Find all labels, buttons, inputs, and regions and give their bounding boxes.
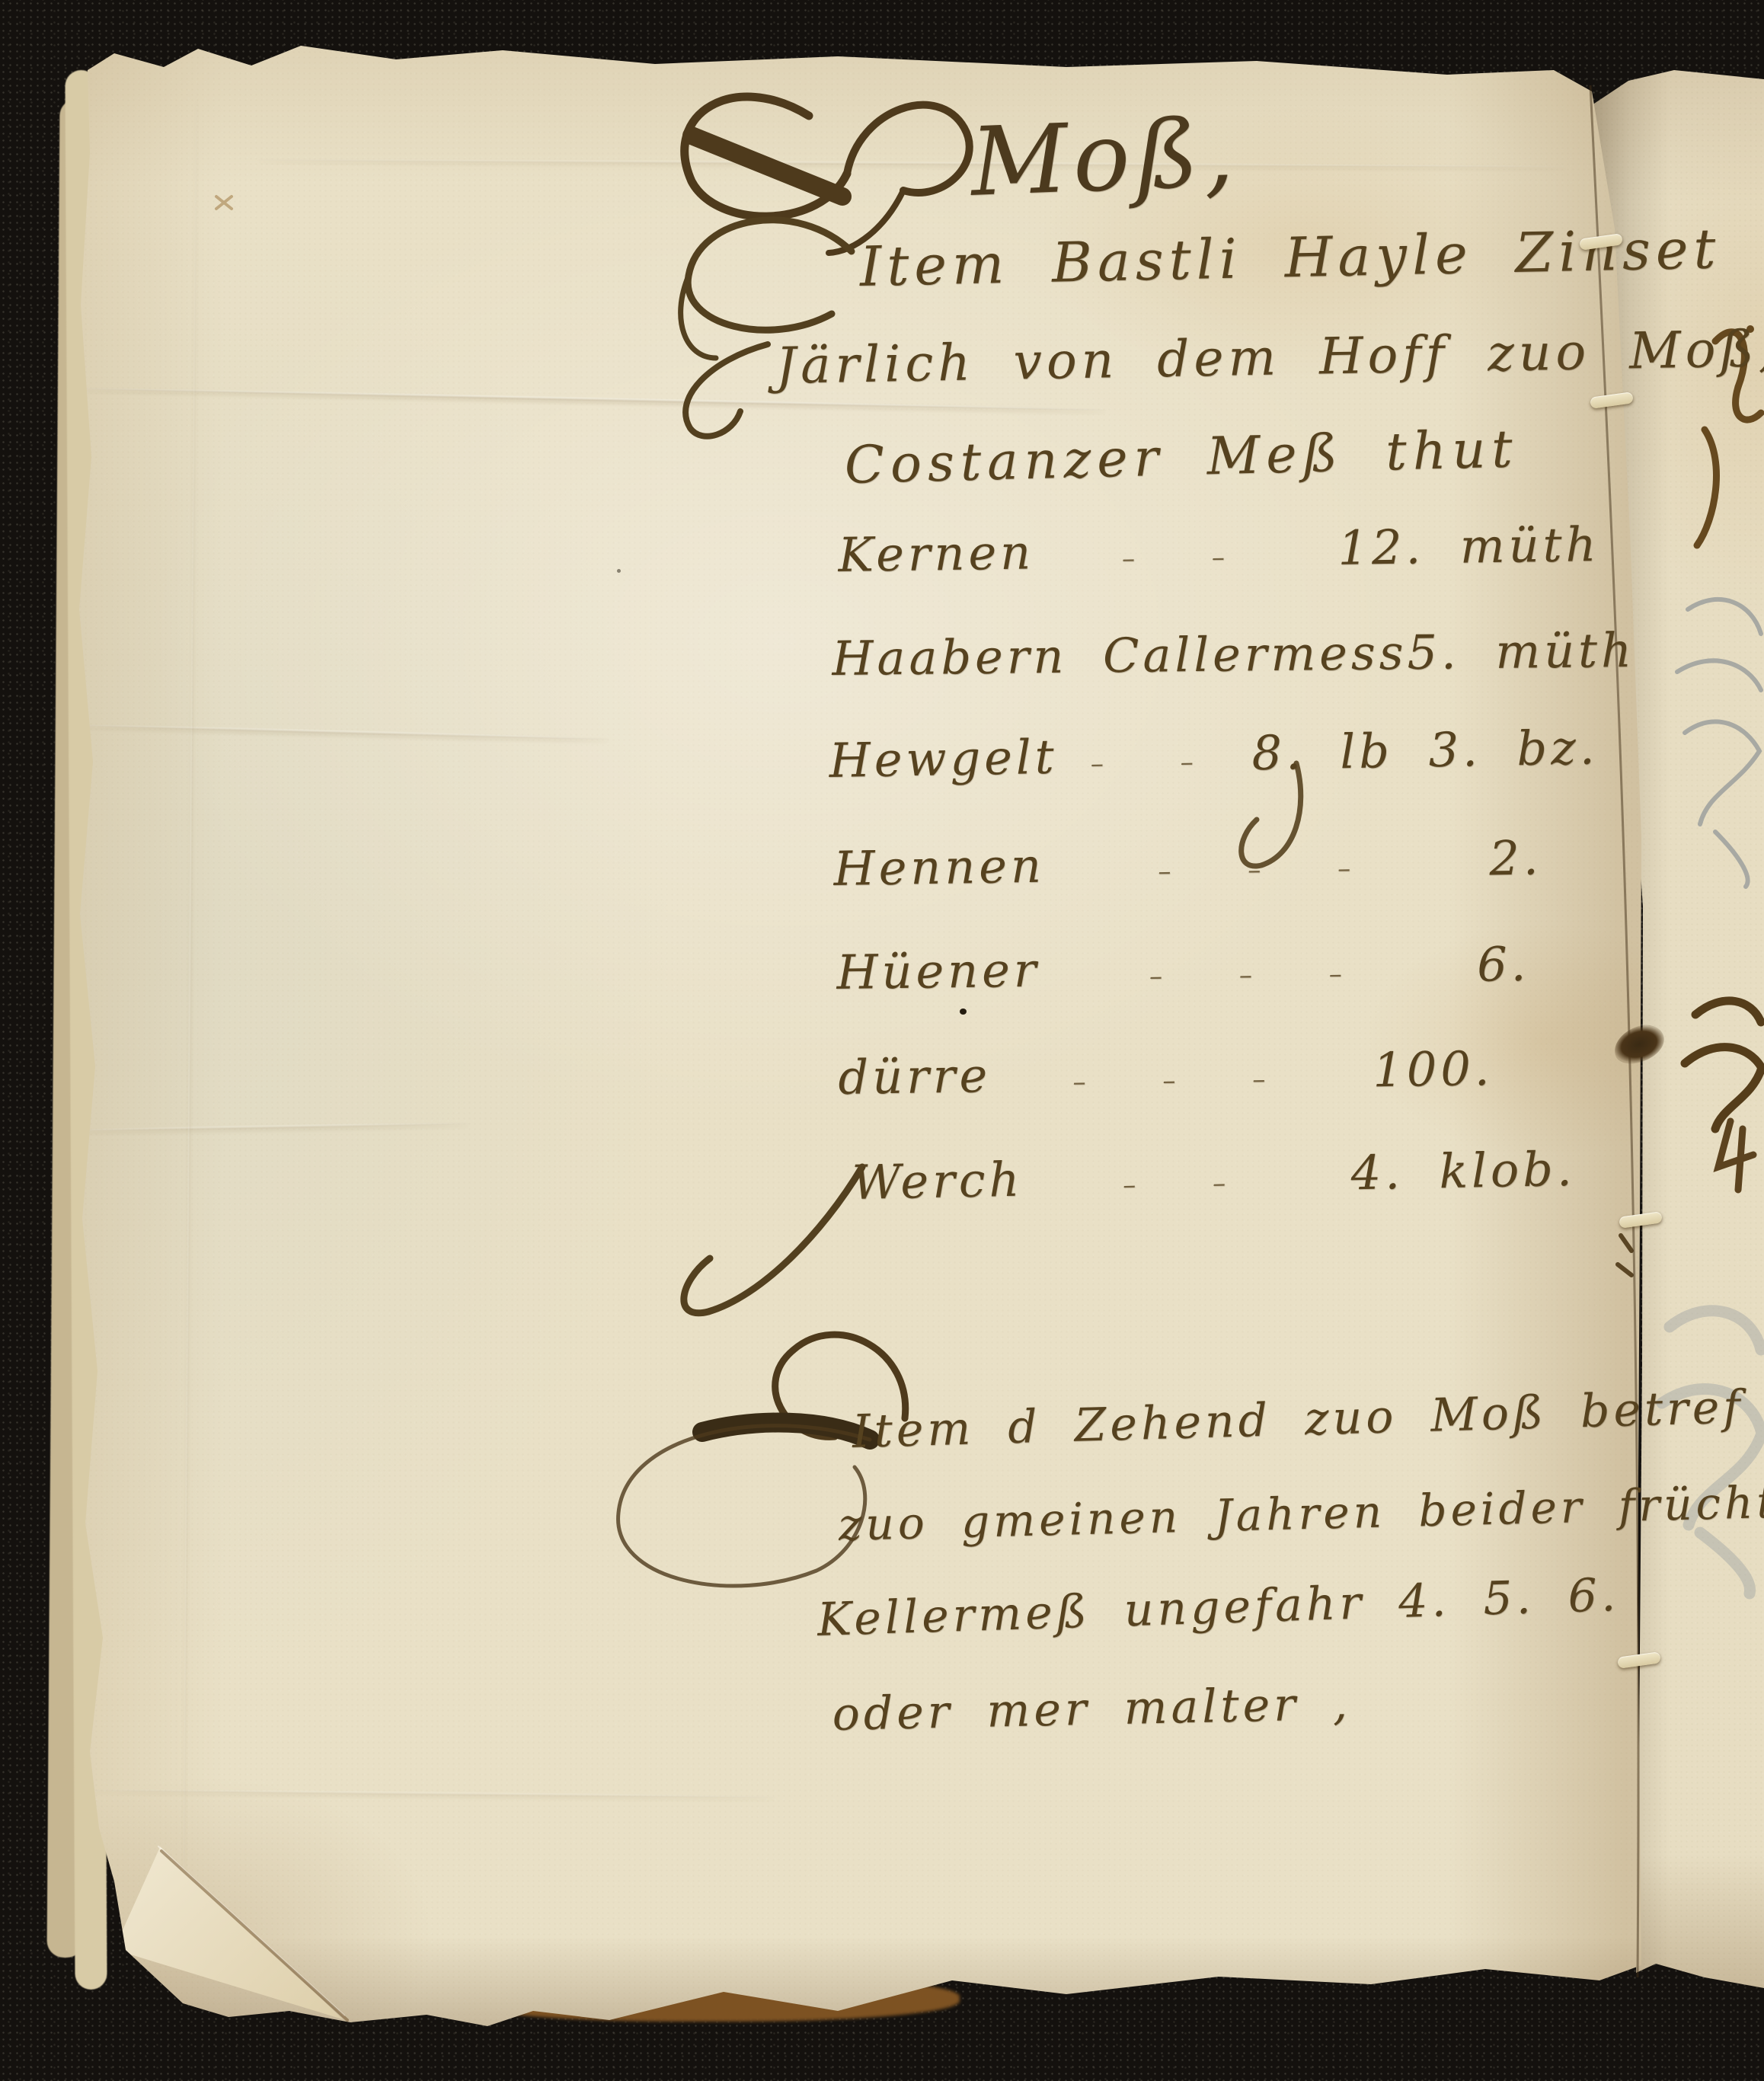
entry-leader: – – – — [1158, 853, 1376, 887]
rent-entry: Kernen – – 12. müth — [838, 516, 1600, 583]
entry-item: Werch — [852, 1152, 1024, 1210]
entry-item: Hüener — [836, 942, 1040, 1000]
page-title: Moß, — [969, 97, 1241, 217]
entry-value: 100. — [1373, 1040, 1494, 1098]
photo-stage: Moß, Item Bastli Hayle Zinset Järlich vo… — [0, 0, 1764, 2081]
rent-entry: dürre – – – 100. — [838, 1040, 1494, 1105]
rent-entry: Haabern Callermess 5. müth — [832, 622, 1632, 686]
rent-entry: Hennen – – – 2. — [833, 830, 1542, 897]
entry-item: dürre — [838, 1047, 992, 1105]
paragraph-line: oder mer malter , — [832, 1677, 1352, 1741]
entry-item: Haabern Callermess — [832, 625, 1408, 686]
entry-item: Hennen — [833, 838, 1045, 897]
entry-leader: – – — [1090, 746, 1219, 779]
entry-leader: – – — [1122, 542, 1251, 574]
entry-item: Hewgelt — [829, 729, 1058, 788]
ink-speck — [617, 569, 621, 573]
rent-entry: Hüener – – – 6. — [836, 936, 1530, 1000]
entry-value: 5. müth — [1407, 622, 1635, 680]
entry-leader: – – – — [1149, 958, 1368, 992]
ink-speck — [960, 1009, 967, 1015]
entry-item: Kernen — [838, 524, 1035, 583]
entry-leader: – – – — [1072, 1064, 1291, 1098]
entry-value: 12. müth — [1337, 516, 1600, 576]
entry-leader: – – — [1123, 1168, 1252, 1200]
entry-value: 8. lb 3. bz. — [1251, 719, 1599, 781]
entry-value: 2. — [1489, 830, 1542, 886]
entry-value: 4. klob. — [1350, 1141, 1576, 1201]
entry-value: 6. — [1477, 936, 1530, 993]
